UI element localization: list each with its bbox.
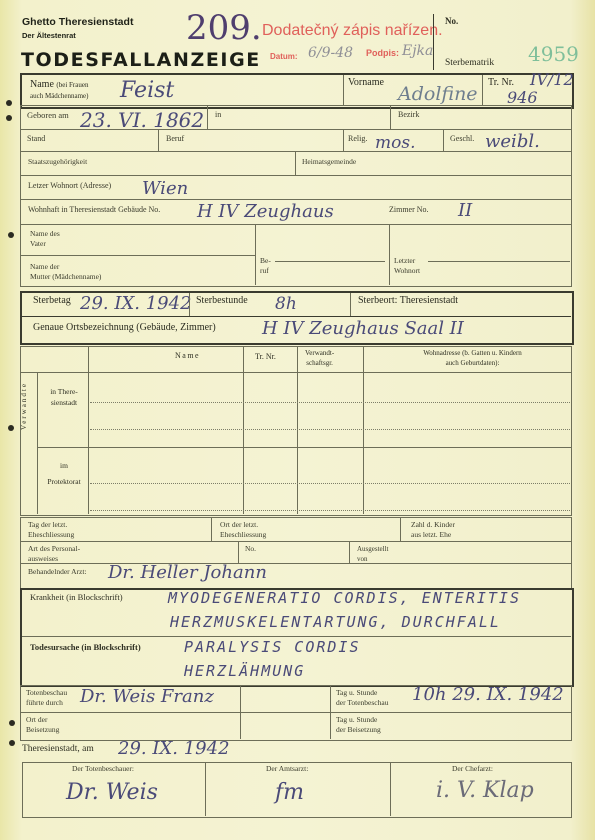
stamp-sign-value: Ejka bbox=[402, 43, 433, 59]
divider bbox=[20, 199, 572, 200]
punch-hole bbox=[6, 115, 12, 121]
marriage-block bbox=[20, 517, 572, 589]
letzter-label: LetzterWohnort bbox=[394, 256, 420, 276]
stamp-date-label: Datum: bbox=[270, 52, 298, 61]
todesursache-label: Todesursache (in Blockschrift) bbox=[30, 642, 141, 652]
sterbetag-value: 29. IX. 1942 bbox=[80, 293, 192, 314]
divider bbox=[22, 316, 571, 317]
todesursache-line2: HERZLÄHMUNG bbox=[184, 662, 305, 680]
tag-stunde-label: Tag u. Stundeder Totenbeschau bbox=[336, 688, 388, 708]
col-verwandt: Verwandt-schaftsgr. bbox=[305, 348, 334, 368]
divider bbox=[400, 517, 401, 541]
sterbeort-label: Sterbeort: Theresienstadt bbox=[358, 295, 458, 306]
krankheit-line2: HERZMUSKELENTARTUNG, DURCHFALL bbox=[170, 613, 501, 631]
divider bbox=[350, 293, 351, 316]
divider bbox=[211, 517, 212, 541]
dotted-line bbox=[90, 429, 570, 430]
totenbeschau-value: Dr. Weis Franz bbox=[80, 686, 214, 707]
header-divider bbox=[433, 14, 434, 70]
handwritten-number: 209. bbox=[186, 8, 262, 48]
no-label: No. bbox=[445, 16, 458, 26]
sterbematrik-value: 4959 bbox=[528, 42, 579, 66]
place-date-label: Theresienstadt, am bbox=[22, 744, 94, 754]
trnr-value-1: IV/12 bbox=[530, 70, 574, 89]
divider bbox=[88, 346, 89, 514]
stamp-sign-label: Podpis: bbox=[366, 48, 399, 58]
divider bbox=[205, 762, 206, 816]
divider bbox=[275, 261, 385, 262]
divider bbox=[443, 129, 444, 151]
totenbeschauer-label: Der Totenbeschauer: bbox=[72, 764, 134, 774]
vater-label: Name desVater bbox=[30, 229, 60, 249]
ort-ehe-label: Ort der letzt.Eheschliessung bbox=[220, 520, 266, 540]
divider bbox=[243, 346, 244, 514]
genaue-value: H IV Zeughaus Saal II bbox=[262, 318, 464, 339]
divider bbox=[189, 293, 190, 316]
arzt-label: Behandelnder Arzt: bbox=[28, 567, 87, 577]
divider bbox=[20, 129, 572, 130]
zimmer-value: II bbox=[458, 200, 472, 221]
divider bbox=[390, 105, 391, 129]
stand-label: Stand bbox=[27, 134, 45, 144]
page-title: TODESFALLANZEIGE bbox=[21, 49, 261, 71]
relig-value: mos. bbox=[375, 133, 415, 153]
geschl-label: Geschl. bbox=[450, 134, 474, 144]
dotted-line bbox=[90, 510, 570, 511]
divider bbox=[238, 541, 239, 563]
beruf2-label: Be-ruf bbox=[260, 256, 271, 276]
name-sublabel: auch Mädchenname) bbox=[30, 92, 89, 100]
wohnort-value: Wien bbox=[142, 178, 188, 199]
totenbeschau-label: Totenbeschauführte durch bbox=[26, 688, 67, 708]
org-name: Ghetto Theresienstadt bbox=[22, 16, 133, 28]
document-page: Ghetto Theresienstadt Der Ältestenrat TO… bbox=[0, 0, 595, 840]
arzt-value: Dr. Heller Johann bbox=[108, 562, 267, 583]
divider bbox=[207, 105, 208, 129]
todesursache-line1: PARALYSIS CORDIS bbox=[184, 638, 361, 656]
geschl-value: weibl. bbox=[485, 131, 540, 152]
zimmer-label: Zimmer No. bbox=[389, 205, 429, 215]
sterbestunde-value: 8h bbox=[275, 294, 297, 314]
ort-beisetzung-label: Ort derBeisetzung bbox=[26, 715, 59, 735]
tag-beisetzung-label: Tag u. Stundeder Beisetzung bbox=[336, 715, 381, 735]
divider bbox=[37, 372, 38, 514]
mutter-label: Name derMutter (Mädchenname) bbox=[30, 262, 101, 282]
chefarzt-signature: i. V. Klap bbox=[436, 778, 534, 803]
col-wohnadresse: Wohnadresse (b. Gatten u. Kindernauch Ge… bbox=[380, 348, 565, 368]
sterbetag-label: Sterbetag bbox=[33, 295, 71, 306]
place-date-value: 29. IX. 1942 bbox=[118, 738, 230, 759]
punch-hole bbox=[8, 232, 14, 238]
ausgestellt-label: Ausgestelltvon bbox=[357, 544, 389, 564]
punch-hole bbox=[9, 720, 15, 726]
divider bbox=[389, 224, 390, 285]
divider bbox=[428, 261, 570, 262]
in-label: in bbox=[215, 110, 221, 120]
dotted-line bbox=[90, 483, 570, 484]
divider bbox=[20, 712, 572, 713]
totenbeschauer-signature: Dr. Weis bbox=[66, 780, 158, 805]
divider bbox=[295, 151, 296, 175]
ausweis-no-label: No. bbox=[245, 544, 256, 554]
divider bbox=[20, 541, 572, 542]
divider bbox=[158, 129, 159, 151]
divider bbox=[20, 563, 572, 564]
divider bbox=[390, 762, 391, 816]
tag-stunde-value: 10h 29. IX. 1942 bbox=[412, 684, 564, 705]
stamp-text: Dodatečný zápis nařízen. bbox=[262, 22, 443, 40]
org-subname: Der Ältestenrat bbox=[22, 31, 76, 40]
geboren-label: Geboren am bbox=[27, 110, 69, 120]
punch-hole bbox=[8, 425, 14, 431]
tag-ehe-label: Tag der letzt.Eheschliessung bbox=[28, 520, 74, 540]
staats-label: Staatszugehörigkeit bbox=[28, 157, 87, 167]
dotted-line bbox=[90, 402, 570, 403]
divider bbox=[343, 75, 344, 105]
amtsarzt-label: Der Amtsarzt: bbox=[266, 764, 308, 774]
divider bbox=[20, 175, 572, 176]
group-protektorat: imProtektorat bbox=[40, 458, 88, 490]
divider bbox=[20, 151, 572, 152]
vorname-value: Adolfine bbox=[398, 83, 478, 105]
punch-hole bbox=[6, 100, 12, 106]
divider bbox=[37, 447, 572, 448]
sterbestunde-label: Sterbestunde bbox=[196, 295, 248, 306]
punch-hole bbox=[9, 740, 15, 746]
divider bbox=[343, 129, 344, 151]
divider bbox=[20, 372, 572, 373]
stamp-date-value: 6/9-48 bbox=[308, 45, 353, 61]
genaue-label: Genaue Ortsbezeichnung (Gebäude, Zimmer) bbox=[33, 322, 216, 333]
name-value: Feist bbox=[120, 78, 174, 103]
beruf-label: Beruf bbox=[166, 134, 184, 144]
krankheit-label: Krankheit (in Blockschrift) bbox=[30, 592, 123, 602]
name-label: Name (bei Frauen bbox=[30, 79, 88, 90]
divider bbox=[255, 224, 256, 285]
sterbematrik-label: Sterbematrik bbox=[445, 58, 494, 68]
wohnhaft-label: Wohnhaft in Theresienstadt Gebäude No. bbox=[28, 205, 160, 215]
group-theresienstadt: in There-sienstadt bbox=[40, 386, 88, 408]
wohnort-label: Letzer Wohnort (Adresse) bbox=[28, 181, 111, 191]
divider bbox=[20, 224, 572, 225]
chefarzt-label: Der Chefarzt: bbox=[452, 764, 493, 774]
krankheit-line1: MYODEGENERATIO CORDIS, ENTERITIS bbox=[168, 589, 521, 607]
kinder-label: Zahl d. Kinderaus letzt. Ehe bbox=[411, 520, 455, 540]
amtsarzt-signature: fm bbox=[275, 780, 304, 805]
divider bbox=[349, 541, 350, 563]
divider bbox=[482, 75, 483, 105]
divider bbox=[20, 255, 255, 256]
divider bbox=[22, 636, 571, 637]
trnr-label: Tr. Nr. bbox=[488, 77, 514, 88]
heimat-label: Heimatsgemeinde bbox=[302, 157, 356, 167]
col-trnr: Tr. Nr. bbox=[255, 352, 276, 361]
bezirk-label: Bezirk bbox=[398, 110, 419, 120]
divider bbox=[363, 346, 364, 514]
col-name: Name bbox=[175, 351, 200, 360]
ausweis-label: Art des Personal-ausweises bbox=[28, 544, 80, 564]
wohnhaft-value: H IV Zeughaus bbox=[197, 201, 334, 222]
verwandte-label: Verwandte bbox=[20, 382, 28, 430]
divider bbox=[297, 346, 298, 514]
vorname-label: Vorname bbox=[348, 77, 384, 88]
relig-label: Relig. bbox=[348, 134, 367, 144]
